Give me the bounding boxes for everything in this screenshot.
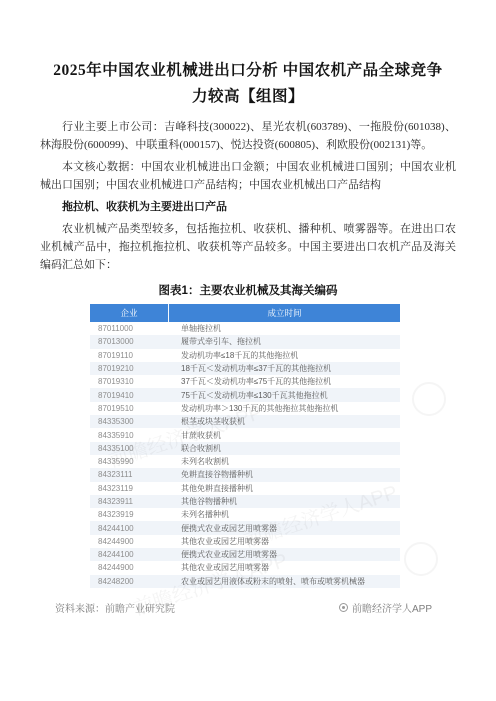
table-row: 84335990未列名收割机 xyxy=(90,455,400,468)
hs-code-cell: 87019110 xyxy=(90,351,169,360)
section-subheading: 拖拉机、收获机为主要进出口产品 xyxy=(40,198,456,216)
hs-code-cell: 84335100 xyxy=(90,444,169,453)
hs-code-cell: 84323919 xyxy=(90,510,169,519)
product-name-cell: 根茎或块茎收获机 xyxy=(169,416,400,427)
qianzhan-logo-icon xyxy=(339,603,348,612)
table-row: 84244900其他农业或园艺用喷雾器 xyxy=(90,561,400,574)
product-name-cell: 发动机功率＞130千瓦的其他拖拉其他拖拉机 xyxy=(169,403,400,414)
product-name-cell: 未列名播种机 xyxy=(169,509,400,520)
table-row: 84248200农业或园艺用液体或粉末的喷射、喷布或喷雾机械器 xyxy=(90,575,400,588)
hs-code-cell: 87019310 xyxy=(90,377,169,386)
product-name-cell: 其他农业或园艺用喷雾器 xyxy=(169,536,400,547)
table-row: 87019110发动机功率≤18千瓦的其他拖拉机 xyxy=(90,349,400,362)
product-name-cell: 甘蔗收获机 xyxy=(169,430,400,441)
product-name-cell: 75千瓦＜发动机功率≤130千瓦其他拖拉机 xyxy=(169,390,400,401)
table-row: 84323919未列名播种机 xyxy=(90,508,400,521)
paragraph-intro: 农业机械产品类型较多，包括拖拉机、收获机、播种机、喷雾器等。在进出口农业机械产品… xyxy=(40,220,456,274)
hs-code-cell: 87019510 xyxy=(90,404,169,413)
table-header-row: 企业 成立时间 xyxy=(90,304,400,322)
table-row: 87011000单轴拖拉机 xyxy=(90,322,400,335)
document-footer: 资料来源：前瞻产业研究院 前瞻经济学人APP xyxy=(55,600,432,615)
hs-code-cell: 84244100 xyxy=(90,550,169,559)
table-row: 84244100便携式农业或园艺用喷雾器 xyxy=(90,548,400,561)
watermark-circle-icon xyxy=(404,542,438,576)
hs-code-cell: 84323119 xyxy=(90,484,169,493)
page-title: 2025年中国农业机械进出口分析 中国农机产品全球竞争力较高【组图】 xyxy=(52,58,444,110)
table-row: 84335910甘蔗收获机 xyxy=(90,428,400,441)
table-row: 87013000履带式牵引车、拖拉机 xyxy=(90,335,400,348)
product-name-cell: 其他谷物播种机 xyxy=(169,496,400,507)
hs-code-table: 企业 成立时间 87011000单轴拖拉机87013000履带式牵引车、拖拉机8… xyxy=(90,304,400,588)
hs-code-cell: 84335300 xyxy=(90,417,169,426)
brand-note: 前瞻经济学人APP xyxy=(339,600,432,615)
table-row: 84323911其他谷物播种机 xyxy=(90,495,400,508)
product-name-cell: 发动机功率≤18千瓦的其他拖拉机 xyxy=(169,350,400,361)
hs-code-cell: 84244900 xyxy=(90,563,169,572)
watermark-circle-icon xyxy=(412,382,446,416)
product-name-cell: 履带式牵引车、拖拉机 xyxy=(169,336,400,347)
table-header-cell-name: 成立时间 xyxy=(169,304,400,322)
hs-code-cell: 84335910 xyxy=(90,431,169,440)
product-name-cell: 便携式农业或园艺用喷雾器 xyxy=(169,523,400,534)
product-name-cell: 联合收割机 xyxy=(169,443,400,454)
hs-code-cell: 87013000 xyxy=(90,337,169,346)
table-row: 87019510发动机功率＞130千瓦的其他拖拉其他拖拉机 xyxy=(90,402,400,415)
paragraph-listed-companies: 行业主要上市公司：吉峰科技(300022)、星光农机(603789)、一拖股份(… xyxy=(40,118,456,154)
hs-code-cell: 84335990 xyxy=(90,457,169,466)
table-header-cell-code: 企业 xyxy=(90,304,169,322)
product-name-cell: 其他农业或园艺用喷雾器 xyxy=(169,562,400,573)
article-page: 2025年中国农业机械进出口分析 中国农机产品全球竞争力较高【组图】 行业主要上… xyxy=(0,0,496,701)
hs-code-cell: 87011000 xyxy=(90,324,169,333)
source-note: 资料来源：前瞻产业研究院 xyxy=(55,600,175,615)
product-name-cell: 18千瓦＜发动机功率≤37千瓦的其他拖拉机 xyxy=(169,363,400,374)
paragraph-core-data: 本文核心数据：中国农业机械进出口金额；中国农业机械进口国别；中国农业机械出口国别… xyxy=(40,158,456,194)
hs-code-cell: 84244900 xyxy=(90,537,169,546)
table-row: 8701931037千瓦＜发动机功率≤75千瓦的其他拖拉机 xyxy=(90,375,400,388)
table-row: 8701941075千瓦＜发动机功率≤130千瓦其他拖拉机 xyxy=(90,388,400,401)
product-name-cell: 便携式农业或园艺用喷雾器 xyxy=(169,549,400,560)
table-row: 8701921018千瓦＜发动机功率≤37千瓦的其他拖拉机 xyxy=(90,362,400,375)
product-name-cell: 其他免耕直接播种机 xyxy=(169,483,400,494)
product-name-cell: 单轴拖拉机 xyxy=(169,323,400,334)
product-name-cell: 免耕直接谷物播种机 xyxy=(169,469,400,480)
table-row: 84323111免耕直接谷物播种机 xyxy=(90,468,400,481)
table-row: 84323119其他免耕直接播种机 xyxy=(90,482,400,495)
hs-code-cell: 84244100 xyxy=(90,524,169,533)
hs-code-cell: 84323111 xyxy=(90,470,169,479)
table-row: 84244100便携式农业或园艺用喷雾器 xyxy=(90,521,400,534)
table-row: 84335300根茎或块茎收获机 xyxy=(90,415,400,428)
table-row: 84244900其他农业或园艺用喷雾器 xyxy=(90,535,400,548)
product-name-cell: 农业或园艺用液体或粉末的喷射、喷布或喷雾机械器 xyxy=(169,576,400,587)
hs-code-cell: 84323911 xyxy=(90,497,169,506)
brand-label: 前瞻经济学人APP xyxy=(352,600,432,615)
hs-code-cell: 87019210 xyxy=(90,364,169,373)
product-name-cell: 未列名收割机 xyxy=(169,456,400,467)
hs-table-rows: 87011000单轴拖拉机87013000履带式牵引车、拖拉机87019110发… xyxy=(90,322,400,588)
table-row: 84335100联合收割机 xyxy=(90,442,400,455)
hs-code-cell: 84248200 xyxy=(90,577,169,586)
article-body: 行业主要上市公司：吉峰科技(300022)、星光农机(603789)、一拖股份(… xyxy=(40,118,456,274)
product-name-cell: 37千瓦＜发动机功率≤75千瓦的其他拖拉机 xyxy=(169,376,400,387)
hs-code-cell: 87019410 xyxy=(90,391,169,400)
figure-title: 图表1：主要农业机械及其海关编码 xyxy=(0,282,496,298)
